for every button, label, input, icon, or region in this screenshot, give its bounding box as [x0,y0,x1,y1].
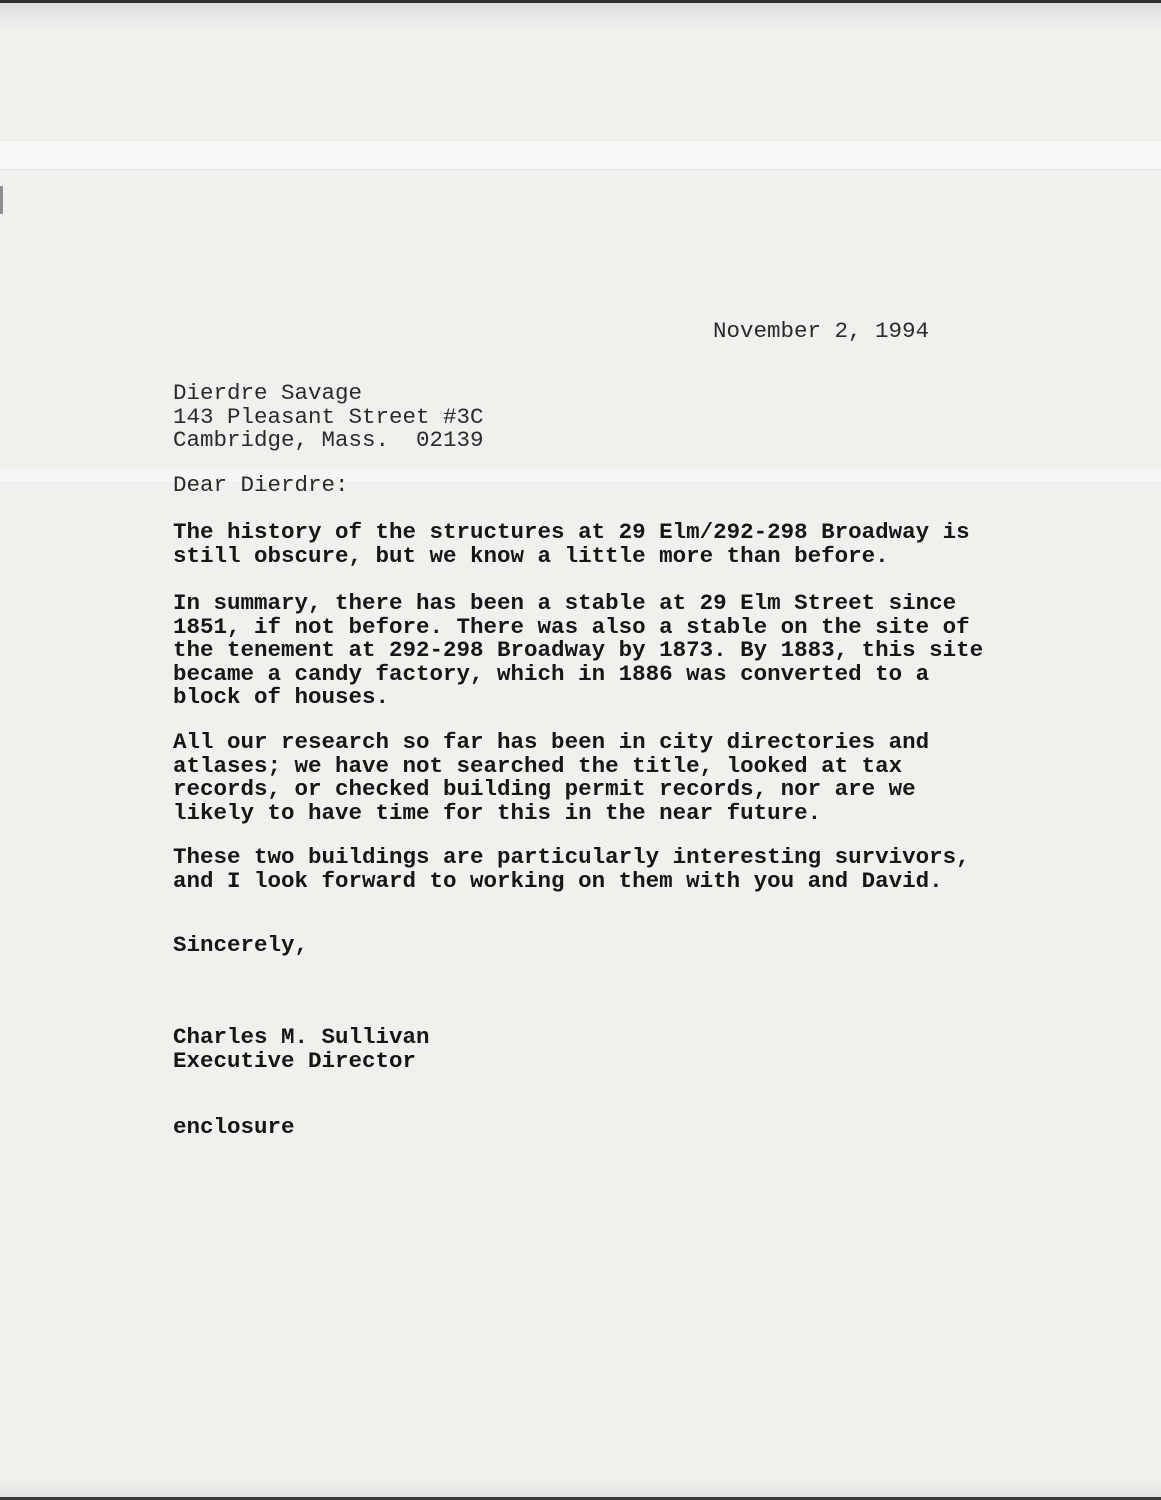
enclosure-note: enclosure [173,1116,295,1140]
letter-page: November 2, 1994 Dierdre Savage 143 Plea… [0,0,1161,1500]
scan-artifact-band-upper [0,140,1161,170]
letter-date: November 2, 1994 [713,320,929,344]
scan-artifact-left-mark [0,186,3,214]
scan-artifact-bottom-noise [0,1471,1161,1497]
closing: Sincerely, [173,934,308,958]
signature-block: Charles M. Sullivan Executive Director [173,1026,430,1073]
recipient-address: Dierdre Savage 143 Pleasant Street #3C C… [173,382,484,453]
body-paragraph-2: In summary, there has been a stable at 2… [173,592,983,710]
body-paragraph-1: The history of the structures at 29 Elm/… [173,521,970,568]
salutation: Dear Dierdre: [173,474,349,498]
scan-artifact-top-noise [0,3,1161,37]
body-paragraph-4: These two buildings are particularly int… [173,846,970,893]
body-paragraph-3: All our research so far has been in city… [173,731,929,825]
